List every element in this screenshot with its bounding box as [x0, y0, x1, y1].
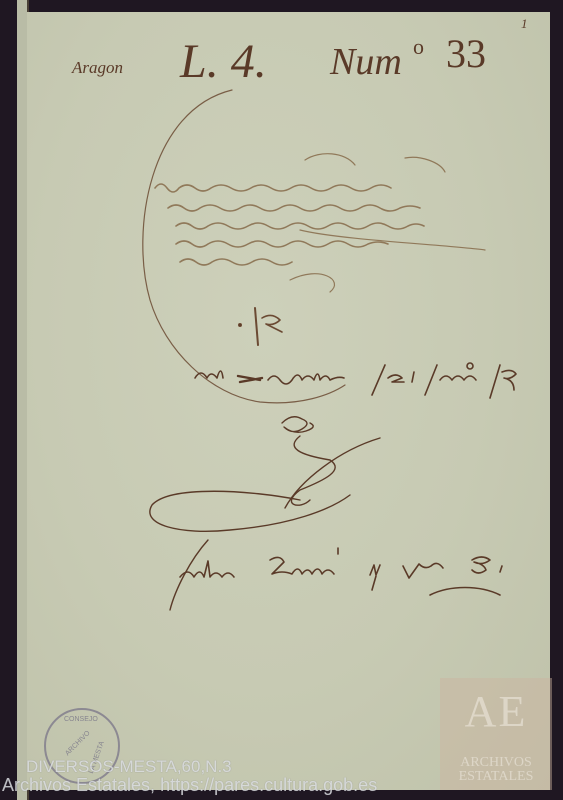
handwriting-layer — [0, 0, 563, 800]
signature-flourish — [150, 417, 380, 610]
archive-signature-watermark: DIVERSOS-MESTA,60,N.3 — [26, 757, 232, 777]
archive-source-watermark: Archivos Estatales, https://pares.cultur… — [2, 775, 377, 796]
body-text-lines — [155, 154, 485, 292]
